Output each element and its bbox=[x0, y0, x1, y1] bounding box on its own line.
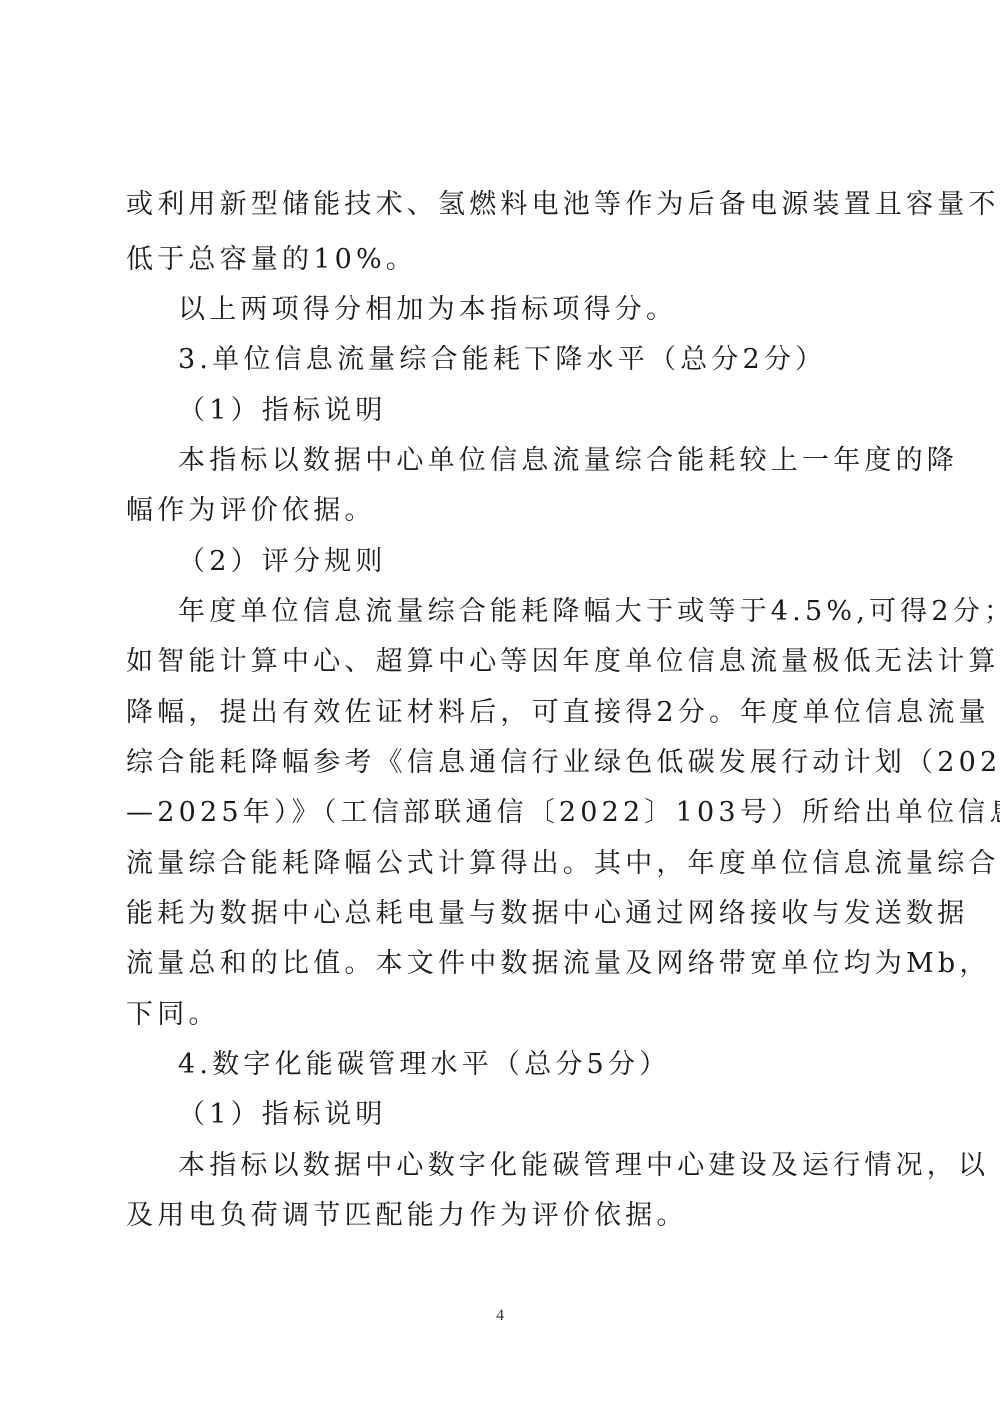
paragraph-line-continuation: 流量综合能耗降幅公式计算得出。其中，年度单位信息流量综合 bbox=[126, 846, 880, 882]
paragraph-line: 以上两项得分相加为本指标项得分。 bbox=[178, 292, 880, 328]
paragraph-line-continuation: 下同。 bbox=[126, 997, 880, 1033]
paragraph-line-continuation: 降幅，提出有效佐证材料后，可直接得2分。年度单位信息流量 bbox=[126, 695, 880, 731]
subheading-indicator-description: （1）指标说明 bbox=[178, 1097, 880, 1133]
paragraph-line-continuation: 低于总容量的10%。 bbox=[126, 242, 880, 278]
subheading-indicator-description: （1）指标说明 bbox=[178, 393, 880, 429]
paragraph-line-continuation: 或利用新型储能技术、氢燃料电池等作为后备电源装置且容量不 bbox=[126, 187, 880, 223]
subheading-scoring-rules: （2）评分规则 bbox=[178, 544, 880, 580]
paragraph-line-continuation: 能耗为数据中心总耗电量与数据中心通过网络接收与发送数据 bbox=[126, 896, 880, 932]
paragraph-line: 本指标以数据中心单位信息流量综合能耗较上一年度的降 bbox=[178, 443, 880, 479]
paragraph-line: 年度单位信息流量综合能耗降幅大于或等于4.5%,可得2分； bbox=[178, 594, 880, 630]
page-number: 4 bbox=[0, 1307, 1000, 1325]
paragraph-line-continuation: 如智能计算中心、超算中心等因年度单位信息流量极低无法计算 bbox=[126, 644, 880, 680]
document-page: 或利用新型储能技术、氢燃料电池等作为后备电源装置且容量不 低于总容量的10%。 … bbox=[0, 0, 1000, 1414]
paragraph-line-continuation: 综合能耗降幅参考《信息通信行业绿色低碳发展行动计划（2022 bbox=[126, 745, 880, 781]
section-heading-4: 4.数字化能碳管理水平（总分5分） bbox=[178, 1047, 880, 1083]
paragraph-line: 本指标以数据中心数字化能碳管理中心建设及运行情况，以 bbox=[178, 1148, 880, 1184]
section-heading-3: 3.单位信息流量综合能耗下降水平（总分2分） bbox=[178, 342, 880, 378]
paragraph-line-continuation: 幅作为评价依据。 bbox=[126, 493, 880, 529]
paragraph-line-continuation: —2025年）》（工信部联通信〔2022〕103号）所给出单位信息 bbox=[126, 795, 880, 831]
paragraph-line-continuation: 及用电负荷调节匹配能力作为评价依据。 bbox=[126, 1198, 880, 1234]
paragraph-line-continuation: 流量总和的比值。本文件中数据流量及网络带宽单位均为Mb， bbox=[126, 946, 880, 982]
